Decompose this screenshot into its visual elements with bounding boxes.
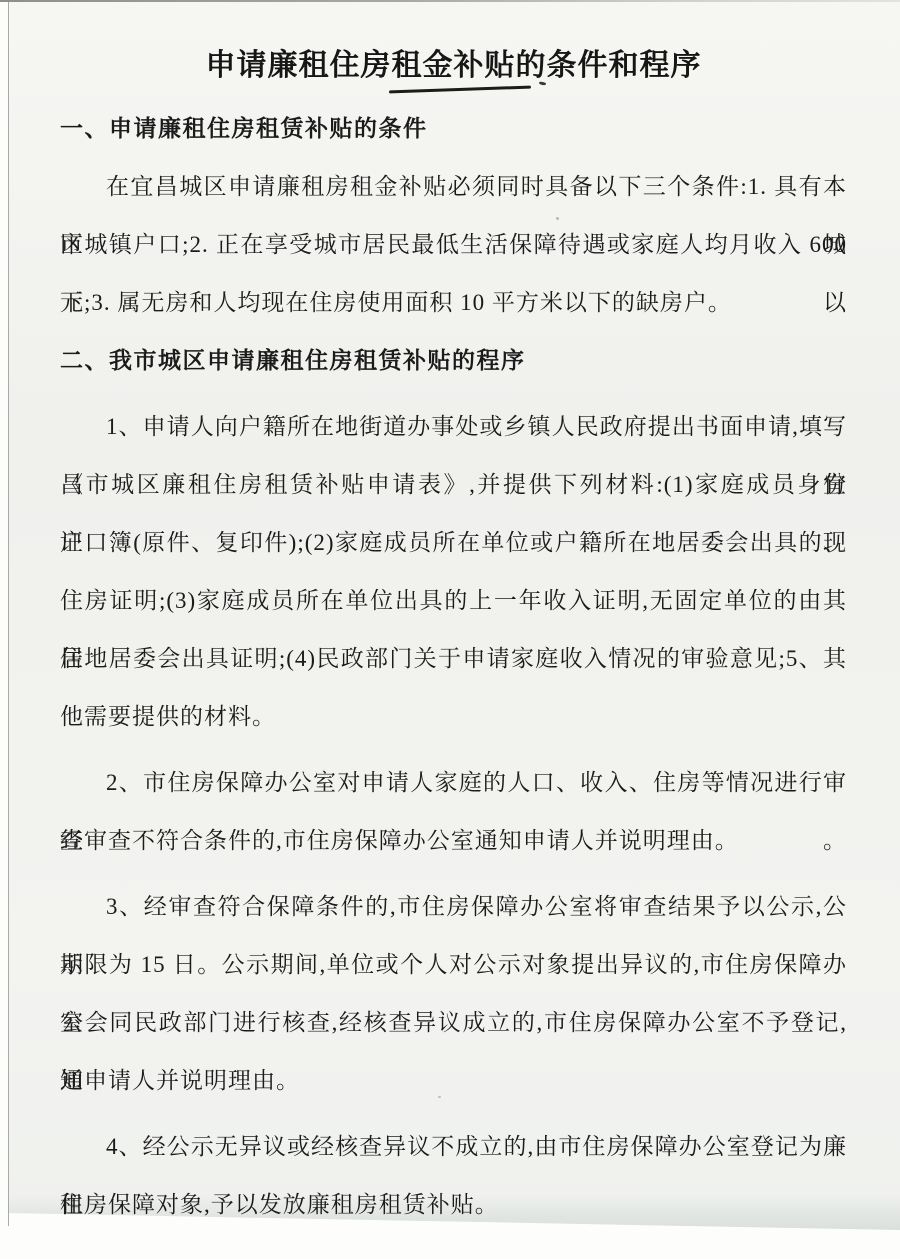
text-line: 住房保障对象,予以发放廉租房租赁补贴。 [60, 1176, 847, 1234]
text-line: 期限为 15 日。公示期间,单位或个人对公示对象提出异议的,市住房保障办公 [60, 936, 847, 994]
scanned-document-page: 申请廉租住房租金补贴的条件和程序 一、申请廉租住房租赁补贴的条件在宜昌城区申请廉… [0, 0, 900, 1259]
text-lines: 一、申请廉租住房租赁补贴的条件在宜昌城区申请廉租房租金补贴必须同时具备以下三个条… [60, 100, 847, 1234]
text-line: 户口簿(原件、复印件);(2)家庭成员所在单位或户籍所在地居委会出具的现 [60, 514, 847, 572]
title-segment-pre: 申请廉租住房 [206, 49, 392, 82]
text-line: 知申请人并说明理由。 [60, 1052, 847, 1110]
text-line: 他需要提供的材料。 [60, 688, 847, 746]
document-title: 申请廉租住房租金补贴的条件和程序 [60, 40, 847, 84]
scan-edge-top [0, 0, 900, 2]
text-line: 4、经公示无异议或经核查异议不成立的,由市住房保障办公室登记为廉租 [60, 1118, 847, 1176]
text-line: 1、申请人向户籍所在地街道办事处或乡镇人民政府提出书面申请,填写《宜 [60, 398, 847, 456]
section-heading: 二、我市城区申请廉租住房租赁补贴的程序 [60, 332, 847, 390]
title-segment-underlined: 租金补贴 [392, 40, 516, 84]
text-line: 2、市住房保障办公室对申请人家庭的人口、收入、住房等情况进行审查。 [60, 754, 847, 812]
text-line: 昌市城区廉租住房租赁补贴申请表》,并提供下列材料:(1)家庭成员身份证、 [60, 456, 847, 514]
text-line: 经审查不符合条件的,市住房保障办公室通知申请人并说明理由。 [60, 812, 847, 870]
title-segment-post: 的条件和程序 [516, 49, 702, 82]
text-line: 住地居委会出具证明;(4)民政部门关于申请家庭收入情况的审验意见;5、其 [60, 630, 847, 688]
text-line: 在宜昌城区申请廉租房租金补贴必须同时具备以下三个条件:1. 具有本市城 [60, 158, 847, 216]
text-line: 下;3. 属无房和人均现在住房使用面积 10 平方米以下的缺房户。 [60, 274, 847, 332]
text-line: 区城镇户口;2. 正在享受城市居民最低生活保障待遇或家庭人均月收入 600 元以 [60, 216, 847, 274]
text-line: 3、经审查符合保障条件的,市住房保障办公室将审查结果予以公示,公示 [60, 878, 847, 936]
text-line: 住房证明;(3)家庭成员所在单位出具的上一年收入证明,无固定单位的由其居 [60, 572, 847, 630]
section-heading: 一、申请廉租住房租赁补贴的条件 [60, 100, 847, 158]
scan-edge-left [8, 2, 9, 1226]
text-line: 室会同民政部门进行核查,经核查异议成立的,市住房保障办公室不予登记,通 [60, 994, 847, 1052]
